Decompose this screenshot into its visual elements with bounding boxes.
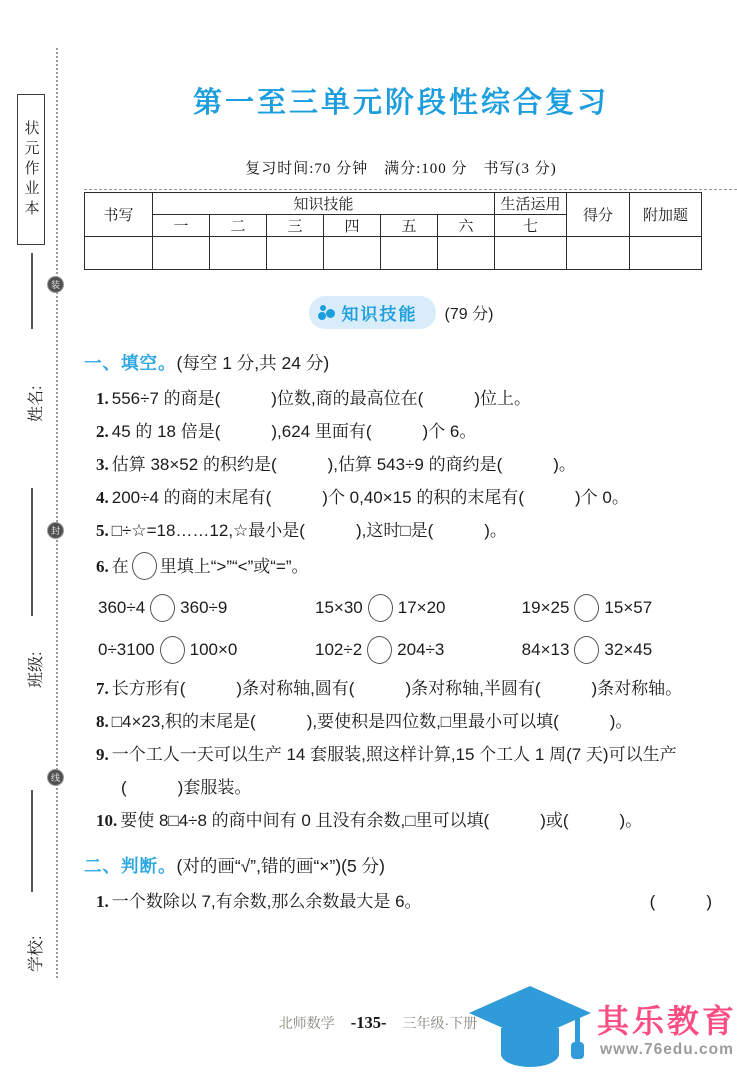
main-content: 第一至三单元阶段性综合复习 复习时间:70 分钟 满分:100 分 书写(3 分… [84,0,718,918]
score-cell [324,237,381,270]
section-2-note: (对的画“√”,错的画“×”)(5 分) [177,856,385,876]
item-number: 3. [96,455,112,474]
footer-page-number: -135- [351,1013,387,1033]
comparison-left: 360÷4 [98,591,145,624]
item-text: 在 [112,557,129,576]
score-table-header-row-1: 书写 知识技能 生活运用 得分 附加题 [85,193,702,215]
item-number: 10. [96,811,120,830]
item-3: 3.估算 38×52 的积约是( ),估算 543÷9 的商约是( )。 [84,448,718,481]
workbook-series-label: 状元作业本 [17,94,45,245]
score-column-header: 得分 [567,193,630,237]
item-4: 4.200÷4 的商的末尾有( )个 0,40×15 的积的末尾有( )个 0。 [84,481,718,514]
score-cell [267,237,324,270]
item-text: 要使 8□4÷8 的商中间有 0 且没有余数,□里可以填( )或( )。 [120,811,642,830]
item-text: □4×23,积的末尾是( ),要使积是四位数,□里最小可以填( )。 [112,712,633,731]
score-cell [567,237,630,270]
item-2: 2.45 的 18 倍是( ),624 里面有( )个 6。 [84,415,718,448]
score-cell [85,237,153,270]
comparison-5: 102÷2204÷3 [315,633,522,666]
section-2-heading: 二、判断。(对的画“√”,错的画“×”)(5 分) [84,853,718,879]
item-text: 一个数除以 7,有余数,那么余数最大是 6。 [112,892,422,911]
comparison-1: 360÷4360÷9 [98,591,315,624]
fill-in-items: 1.556÷7 的商是( )位数,商的最高位在( )位上。 2.45 的 18 … [84,382,718,837]
comparison-left: 19×25 [522,591,570,624]
knowledge-skills-badge: 知识技能 [309,296,436,329]
score-cell [630,237,702,270]
footer-series: 北师数学 [279,1013,335,1033]
blank-circle-icon [132,552,157,580]
blank-circle-icon [574,594,599,622]
life-col-7: 七 [495,215,567,237]
knowledge-col-5: 五 [381,215,438,237]
section-2-title: 二、判断。 [84,856,177,876]
brand-name: 其乐教育 [597,1001,737,1041]
score-cell [153,237,210,270]
comparison-6: 84×1332×45 [522,633,718,666]
name-field-label: 姓名: [23,386,46,422]
comparison-right: 360÷9 [180,591,227,624]
graduation-cap-icon [467,986,593,1074]
score-cell [210,237,267,270]
comparison-right: 32×45 [604,633,652,666]
section-1-note: (每空 1 分,共 24 分) [177,353,330,373]
item-10: 10.要使 8□4÷8 的商中间有 0 且没有余数,□里可以填( )或( )。 [84,804,718,837]
item-number: 2. [96,422,112,441]
comparison-left: 0÷3100 [98,633,155,666]
blank-circle-icon [368,594,393,622]
worksheet-page: 状元作业本 装 封 线 姓名: 班级: 学校: 第一至三单元阶段性综合复习 复习… [0,0,737,1077]
score-cell [438,237,495,270]
writing-column-header: 书写 [85,193,153,237]
binding-mark-xian: 线 [47,769,64,786]
score-cell [381,237,438,270]
comparison-3: 19×2515×57 [522,591,718,624]
item-7: 7.长方形有( )条对称轴,圆有( )条对称轴,半圆有( )条对称轴。 [84,672,718,705]
life-application-header: 生活运用 [495,193,567,215]
comparison-2: 15×3017×20 [315,591,522,624]
score-table-empty-row [85,237,702,270]
item-6: 6.在里填上“>”“<”或“=”。 [84,547,718,587]
knowledge-col-4: 四 [324,215,381,237]
answer-blank: ( ) [675,885,718,918]
knowledge-skills-header: 知识技能 [153,193,495,215]
brand-text-block: 其乐教育 www.76edu.com [597,1001,737,1059]
item-text: 45 的 18 倍是( ),624 里面有( )个 6。 [112,422,477,441]
item-number: 5. [96,521,112,540]
knowledge-col-2: 二 [210,215,267,237]
comparison-4: 0÷3100100×0 [98,633,315,666]
exam-meta-line: 复习时间:70 分钟 满分:100 分 书写(3 分) [84,157,718,178]
item-text: 一个工人一天可以生产 14 套服装,照这样计算,15 个工人 1 周(7 天)可… [112,745,677,797]
badge-points: (79 分) [445,301,494,324]
comparison-left: 84×13 [522,633,570,666]
comparison-left: 15×30 [315,591,363,624]
judge-item-text-wrap: 1.一个数除以 7,有余数,那么余数最大是 6。 [121,885,422,918]
item-text: 里填上“>”“<”或“=”。 [160,557,309,576]
comparison-right: 100×0 [190,633,238,666]
item-number: 4. [96,488,112,507]
item-1: 1.556÷7 的商是( )位数,商的最高位在( )位上。 [84,382,718,415]
section-1-heading: 一、填空。(每空 1 分,共 24 分) [84,350,718,376]
name-blank-line [31,253,33,329]
comparison-grid: 360÷4360÷9 15×3017×20 19×2515×57 0÷31001… [84,591,718,666]
section-badge-row: 知识技能 (79 分) [84,296,718,329]
item-number: 1. [96,389,112,408]
knowledge-col-1: 一 [153,215,210,237]
item-9: 9.一个工人一天可以生产 14 套服装,照这样计算,15 个工人 1 周(7 天… [84,738,718,804]
fold-separator-line [84,189,737,190]
publisher-logo: 其乐教育 www.76edu.com [467,986,737,1074]
item-8: 8.□4×23,积的末尾是( ),要使积是四位数,□里最小可以填( )。 [84,705,718,738]
brand-url: www.76edu.com [600,1041,734,1059]
item-number: 7. [96,679,112,698]
blank-circle-icon [150,594,175,622]
item-text: 长方形有( )条对称轴,圆有( )条对称轴,半圆有( )条对称轴。 [112,679,682,698]
school-field-label: 学校: [23,936,46,972]
comparison-left: 102÷2 [315,633,362,666]
score-cell [495,237,567,270]
item-text: 估算 38×52 的积约是( ),估算 543÷9 的商约是( )。 [112,455,576,474]
item-number: 6. [96,557,112,576]
bonus-column-header: 附加题 [630,193,702,237]
item-5: 5.□÷☆=18……12,☆最小是( ),这时□是( )。 [84,514,718,547]
binding-mark-feng: 封 [47,522,64,539]
page-title: 第一至三单元阶段性综合复习 [84,80,718,121]
section-1-title: 一、填空。 [84,353,177,373]
item-text: □÷☆=18……12,☆最小是( ),这时□是( )。 [112,521,507,540]
school-blank-line [31,790,33,892]
class-blank-line [31,488,33,616]
item-number: 8. [96,712,112,731]
dots-cluster-icon [318,304,335,322]
item-number: 1. [96,892,112,911]
item-text: 556÷7 的商是( )位数,商的最高位在( )位上。 [112,389,531,408]
comparison-right: 15×57 [604,591,652,624]
item-text: 200÷4 的商的末尾有( )个 0,40×15 的积的末尾有( )个 0。 [112,488,629,507]
judge-item-1: 1.一个数除以 7,有余数,那么余数最大是 6。 ( ) [84,885,718,918]
knowledge-col-3: 三 [267,215,324,237]
blank-circle-icon [574,636,599,664]
blank-circle-icon [367,636,392,664]
blank-circle-icon [160,636,185,664]
badge-label: 知识技能 [342,300,418,325]
class-field-label: 班级: [23,652,46,688]
binding-dotted-line [56,48,58,978]
binding-mark-zhuang: 装 [47,276,64,293]
score-table: 书写 知识技能 生活运用 得分 附加题 一 二 三 四 五 六 七 [84,192,702,270]
knowledge-col-6: 六 [438,215,495,237]
item-number: 9. [96,745,112,764]
comparison-right: 204÷3 [397,633,444,666]
comparison-right: 17×20 [398,591,446,624]
